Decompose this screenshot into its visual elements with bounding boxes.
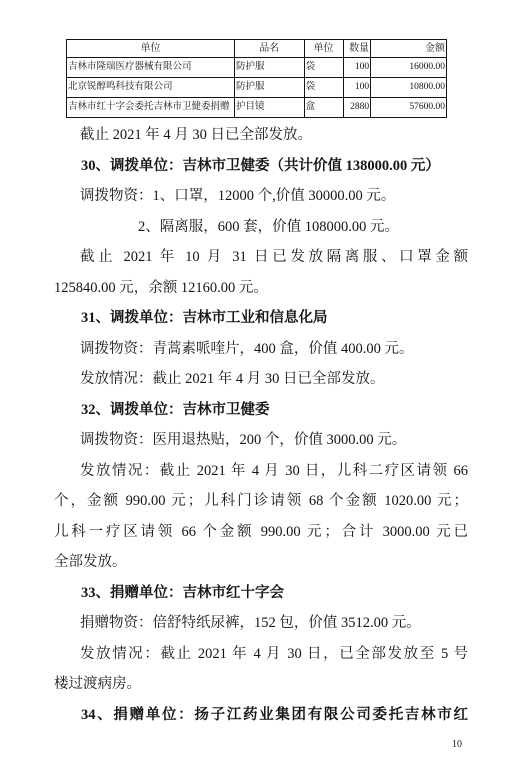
document-line: 截止 2021 年 4 月 30 日已全部发放。: [54, 120, 468, 151]
cell-org: 北京锐醇鸣科技有限公司: [67, 78, 235, 98]
section-heading-32: 32、调拨单位：吉林市卫健委: [54, 395, 468, 426]
cell-amount: 57600.00: [371, 98, 447, 118]
document-body: 截止 2021 年 4 月 30 日已全部发放。 30、调拨单位：吉林市卫健委（…: [54, 120, 468, 730]
cell-unit: 袋: [304, 78, 343, 98]
cell-product: 护目镜: [234, 98, 304, 118]
table-row: 吉林市隆瑞医疗器械有限公司 防护服 袋 100 16000.00: [67, 58, 447, 78]
section-heading-31: 31、调拨单位：吉林市工业和信息化局: [54, 303, 468, 334]
document-line: 发放情况：截止 2021 年 4 月 30 日，儿科二疗区请领 66: [54, 456, 468, 487]
table-header-row: 单位 品名 单位 数量 金额: [67, 40, 447, 58]
document-line: 发放情况：截止 2021 年 4 月 30 日已全部发放。: [54, 364, 468, 395]
section-heading-33: 33、捐赠单位：吉林市红十字会: [54, 578, 468, 609]
header-product-name: 品名: [234, 40, 304, 58]
table-row: 北京锐醇鸣科技有限公司 防护服 袋 100 10800.00: [67, 78, 447, 98]
document-line: 2、隔离服，600 套，价值 108000.00 元。: [54, 212, 468, 243]
header-unit-org: 单位: [67, 40, 235, 58]
document-line: 捐赠物资：倍舒特纸尿裤，152 包，价值 3512.00 元。: [54, 608, 468, 639]
table-row: 吉林市红十字会委托吉林市卫健委捐赠 护目镜 盒 2880 57600.00: [67, 98, 447, 118]
page-number: 10: [452, 739, 462, 751]
cell-product: 防护服: [234, 78, 304, 98]
cell-quantity: 100: [343, 58, 371, 78]
cell-quantity: 100: [343, 78, 371, 98]
cell-unit: 袋: [304, 58, 343, 78]
cell-org: 吉林市隆瑞医疗器械有限公司: [67, 58, 235, 78]
section-heading-34: 34、捐赠单位：扬子江药业集团有限公司委托吉林市红: [54, 700, 468, 731]
document-line: 楼过渡病房。: [54, 669, 468, 700]
cell-amount: 10800.00: [371, 78, 447, 98]
document-line: 个，金额 990.00 元；儿科门诊请领 68 个金额 1020.00 元；: [54, 486, 468, 517]
header-unit-measure: 单位: [304, 40, 343, 58]
donation-table: 单位 品名 单位 数量 金额 吉林市隆瑞医疗器械有限公司 防护服 袋 100 1…: [66, 39, 447, 118]
document-line: 儿科一疗区请领 66 个金额 990.00 元；合计 3000.00 元已: [54, 517, 468, 548]
document-line: 全部发放。: [54, 547, 468, 578]
cell-org: 吉林市红十字会委托吉林市卫健委捐赠: [67, 98, 235, 118]
document-line: 截止 2021 年 10 月 31 日已发放隔离服、口罩金额: [54, 242, 468, 273]
cell-quantity: 2880: [343, 98, 371, 118]
cell-unit: 盒: [304, 98, 343, 118]
document-line: 125840.00 元，余额 12160.00 元。: [54, 273, 468, 304]
document-page: 单位 品名 单位 数量 金额 吉林市隆瑞医疗器械有限公司 防护服 袋 100 1…: [0, 0, 527, 760]
header-amount: 金额: [371, 40, 447, 58]
header-quantity: 数量: [343, 40, 371, 58]
cell-amount: 16000.00: [371, 58, 447, 78]
cell-product: 防护服: [234, 58, 304, 78]
document-line: 发放情况：截止 2021 年 4 月 30 日，已全部发放至 5 号: [54, 639, 468, 670]
document-line: 调拨物资：医用退热贴，200 个，价值 3000.00 元。: [54, 425, 468, 456]
document-line: 调拨物资：1、口罩，12000 个,价值 30000.00 元。: [54, 181, 468, 212]
section-heading-30: 30、调拨单位：吉林市卫健委（共计价值 138000.00 元）: [54, 151, 468, 182]
document-line: 调拨物资：青蒿素哌喹片，400 盒，价值 400.00 元。: [54, 334, 468, 365]
